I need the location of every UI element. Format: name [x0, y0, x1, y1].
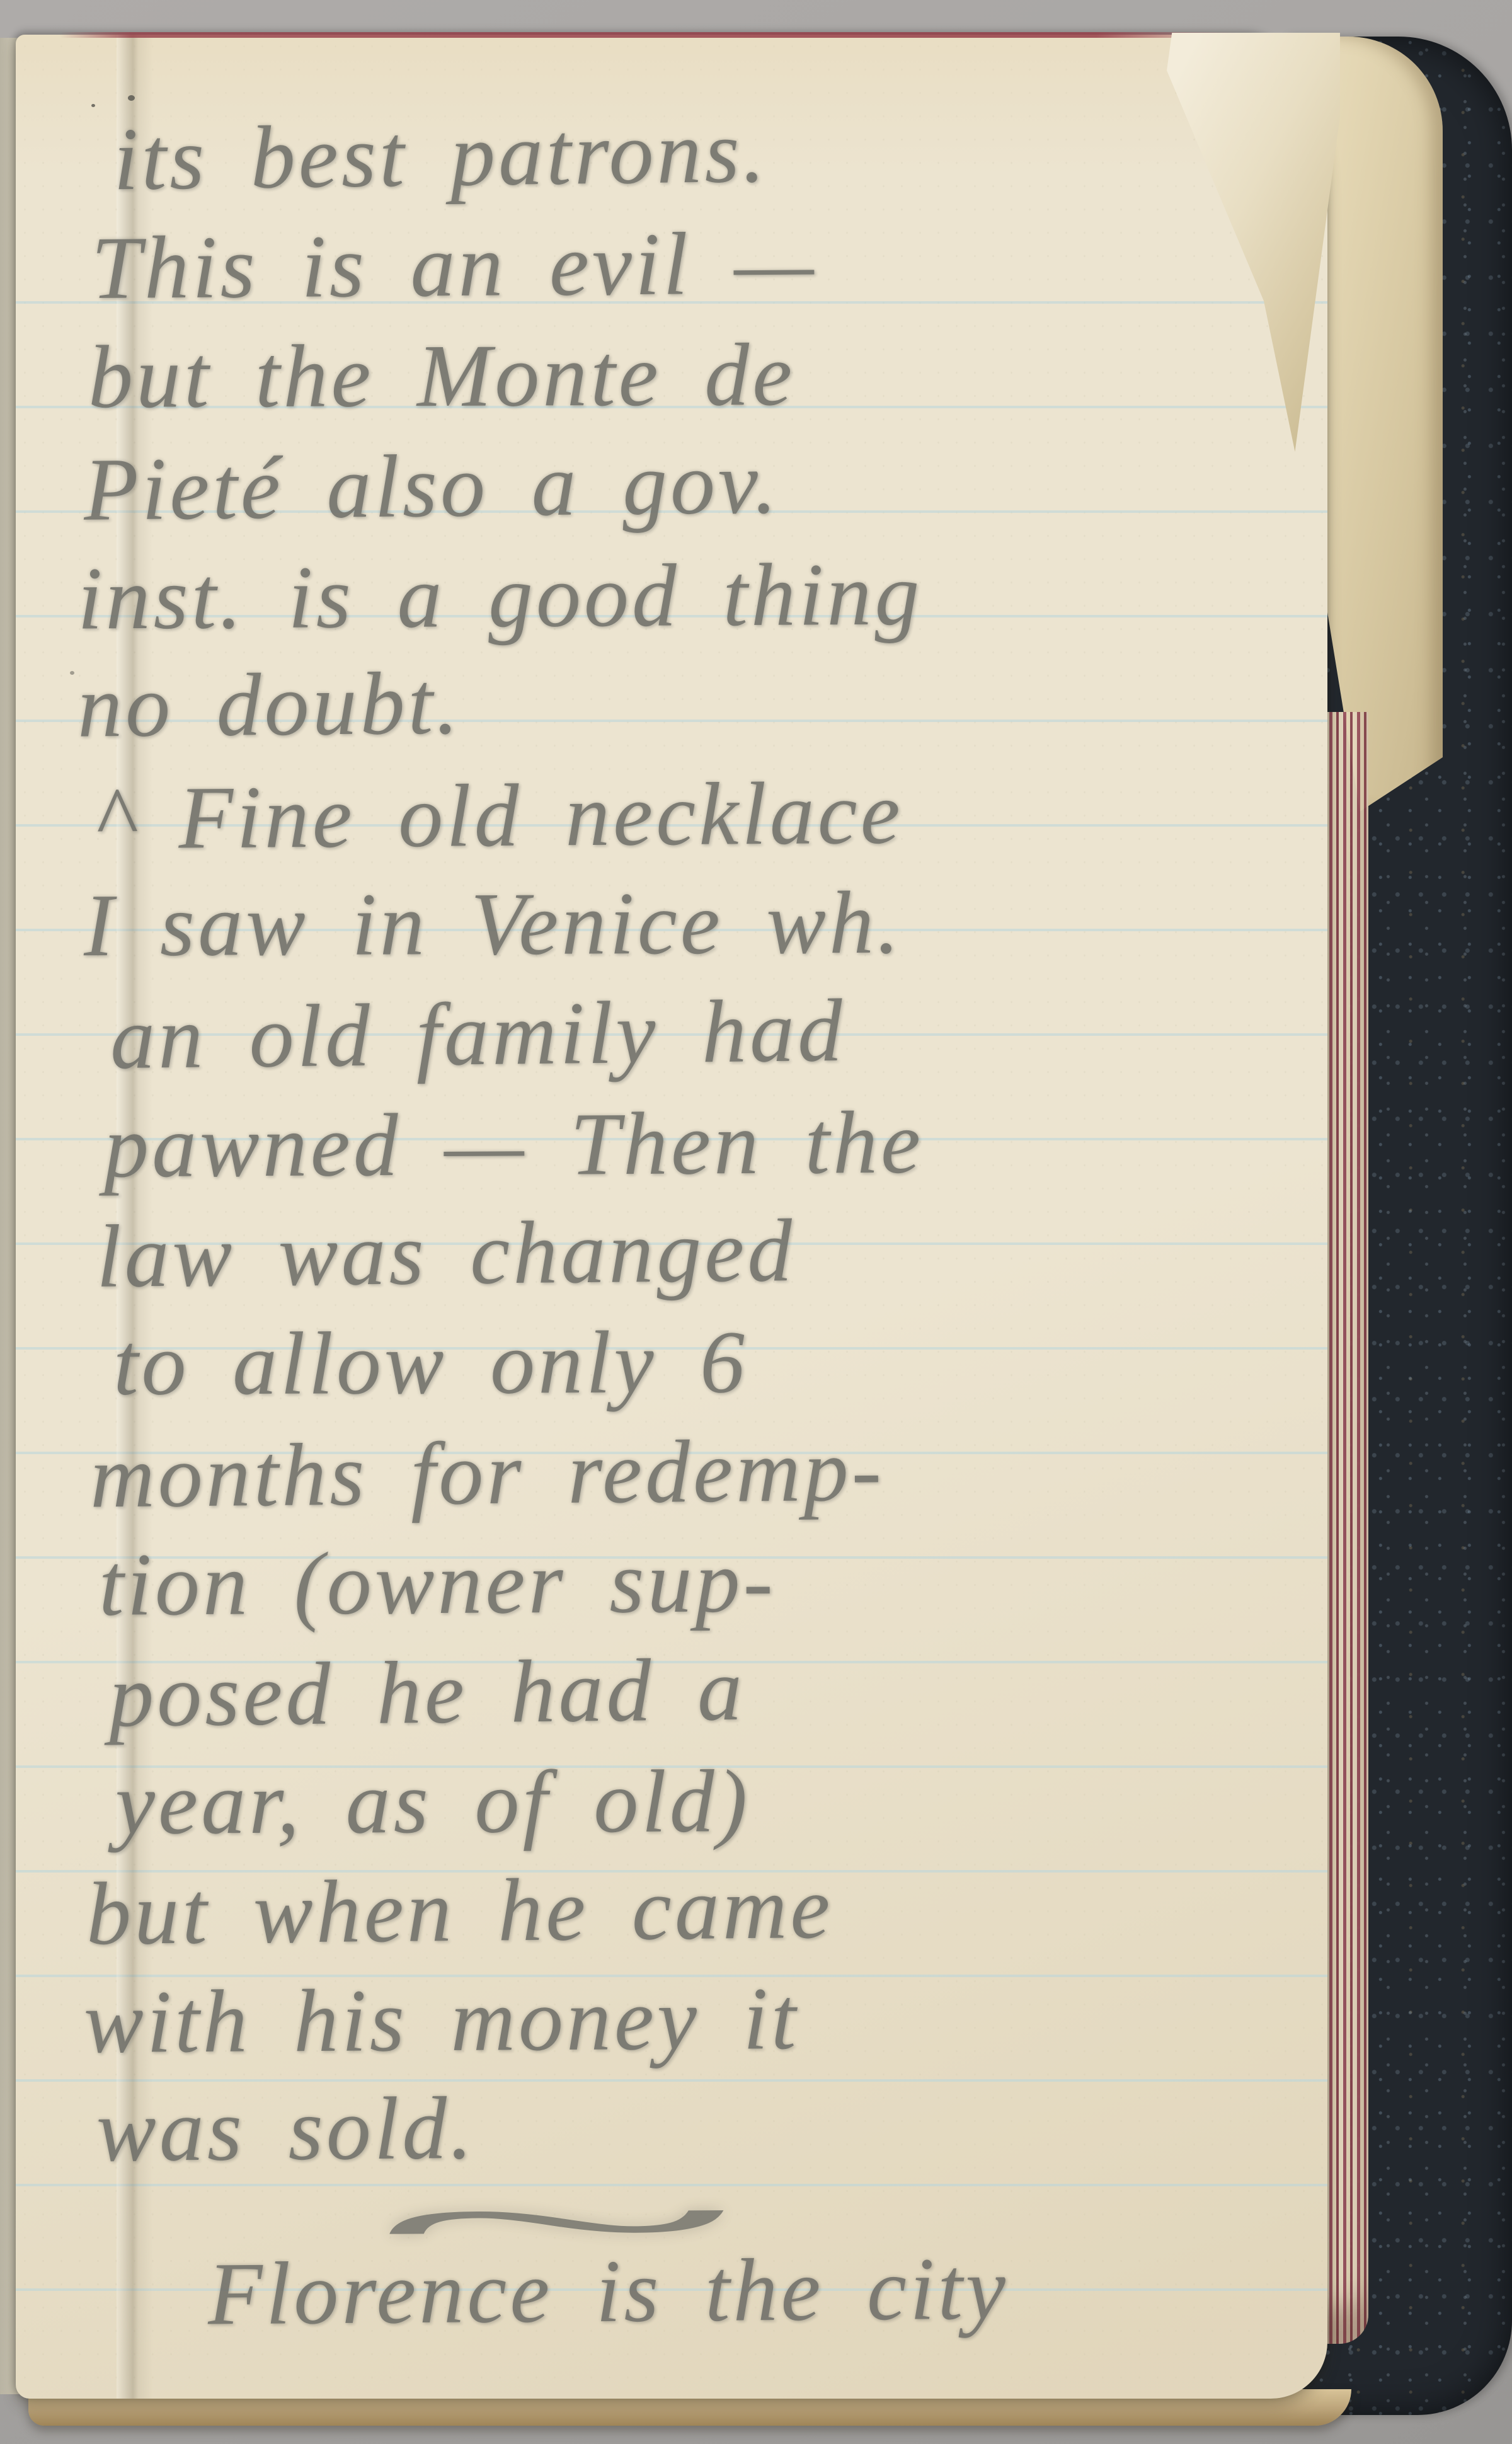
handwritten-line: pawned — Then the [104, 1098, 924, 1191]
handwritten-line: but when he came [86, 1862, 833, 1958]
handwritten-line: inst. is a good thing [77, 549, 923, 643]
gutter-crease [117, 35, 153, 2399]
handwritten-line: ^ Fine old necklace [94, 768, 904, 863]
handwritten-line: its best patrons. [113, 106, 769, 204]
top-edge-stain [60, 32, 1238, 38]
photo-backdrop: its best patrons. This is an evil — but … [0, 0, 1512, 2444]
handwritten-line: with his money it [84, 1973, 799, 2067]
ink-speck [128, 95, 135, 101]
ruled-lines [16, 301, 1327, 2346]
handwritten-line: law was changed [96, 1205, 795, 1301]
handwritten-line: months for redemp- [89, 1425, 885, 1522]
handwritten-line: year, as of old) [115, 1756, 751, 1848]
ink-speck [70, 671, 74, 675]
handwritten-line: I saw in Venice wh. [84, 878, 903, 970]
handwritten-line: Pieté also a gov. [83, 437, 780, 534]
flourish-mark: ~ [358, 2145, 755, 2298]
handwritten-line: to allow only 6 [113, 1317, 748, 1409]
handwritten-line: tion (owner sup- [99, 1536, 776, 1629]
ink-speck [91, 104, 95, 107]
handwritten-line: posed he had a [108, 1644, 745, 1741]
handwritten-line: but the Monte de [88, 330, 796, 422]
handwritten-line: an old family had [110, 985, 845, 1082]
handwritten-line: This is an evil — [91, 218, 818, 313]
notebook-page: its best patrons. This is an evil — but … [16, 35, 1327, 2399]
